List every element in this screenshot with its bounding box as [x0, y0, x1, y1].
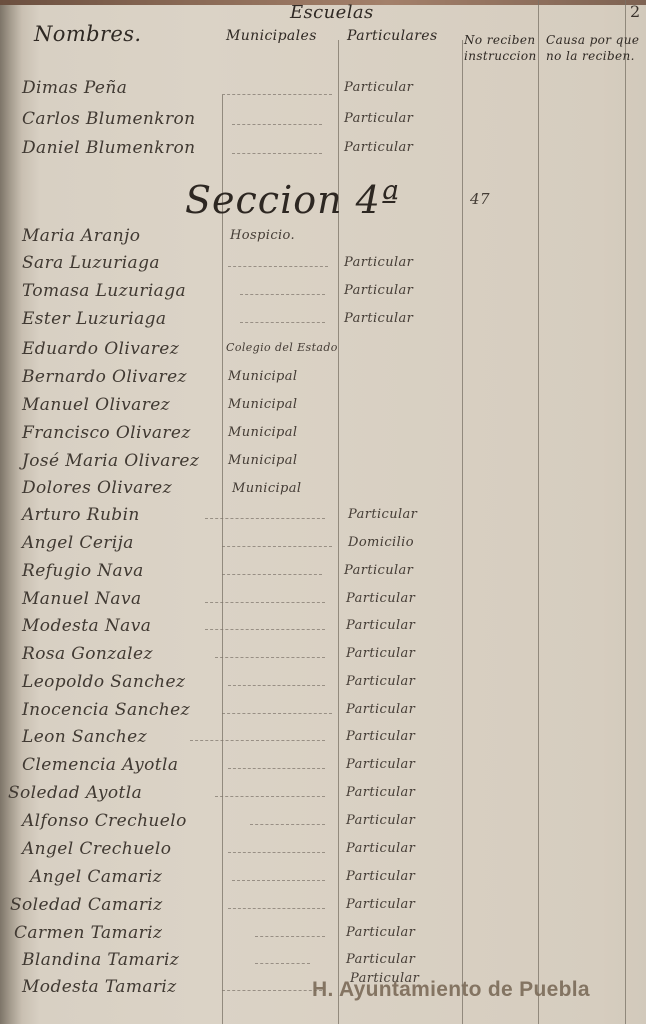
entry-name: Dimas Peña — [22, 78, 127, 98]
entry-name: Daniel Blumenkron — [22, 138, 195, 158]
entry-municipal: Municipal — [232, 481, 301, 496]
entry-name: Carmen Tamariz — [14, 923, 162, 943]
entry-name: Soledad Ayotla — [8, 783, 142, 803]
section-note-number: 47 — [470, 190, 490, 208]
dash-filler — [240, 294, 325, 296]
entry-name: Sara Luzuriaga — [22, 253, 160, 273]
entry-particular: Particular — [346, 952, 415, 967]
entry-municipal: Colegio del Estado — [226, 341, 338, 354]
entry-particular: Domicilio — [348, 535, 414, 550]
entry-name: Francisco Olivarez — [22, 423, 191, 443]
entry-name: Rosa Gonzalez — [22, 644, 153, 664]
entry-name: Tomasa Luzuriaga — [22, 281, 186, 301]
entry-name: Manuel Olivarez — [22, 395, 170, 415]
entry-particular: Particular — [346, 869, 415, 884]
entry-particular: Particular — [348, 507, 417, 522]
dash-filler — [232, 880, 325, 882]
entry-name: Inocencia Sanchez — [22, 700, 190, 720]
dash-filler — [255, 963, 310, 965]
entry-name: Eduardo Olivarez — [22, 339, 179, 359]
entry-particular: Particular — [346, 897, 415, 912]
dash-filler — [255, 936, 325, 938]
entry-name: Maria Aranjo — [22, 226, 140, 246]
entry-particular: Particular — [344, 311, 413, 326]
entry-name: Alfonso Crechuelo — [22, 811, 187, 831]
ledger-page: 2 Escuelas Nombres. Municipales Particul… — [0, 0, 646, 1024]
entry-name: Blandina Tamariz — [22, 950, 179, 970]
dash-filler — [205, 518, 325, 520]
dash-filler — [190, 740, 325, 742]
dash-filler — [228, 685, 325, 687]
entry-municipal: Municipal — [228, 397, 297, 412]
entry-name: Carlos Blumenkron — [22, 109, 196, 129]
entry-name: Modesta Nava — [22, 616, 151, 636]
entry-municipal: Municipal — [228, 425, 297, 440]
entry-particular: Particular — [344, 255, 413, 270]
entry-particular: Particular — [344, 563, 413, 578]
dash-filler — [232, 153, 322, 155]
dash-filler — [228, 266, 328, 268]
watermark: H. Ayuntamiento de Puebla — [312, 978, 590, 1002]
entry-particular: Particular — [344, 111, 413, 126]
header-nombres: Nombres. — [34, 22, 142, 46]
entry-name: Arturo Rubin — [22, 505, 140, 525]
column-rule-no-reciben — [538, 0, 539, 1024]
entry-particular: Particular — [344, 140, 413, 155]
column-rule-causa — [625, 0, 626, 1024]
dash-filler — [205, 629, 325, 631]
dash-filler — [222, 574, 322, 576]
entry-particular: Particular — [346, 618, 415, 633]
entry-name: Refugio Nava — [22, 561, 144, 581]
entry-name: Angel Camariz — [30, 867, 162, 887]
entry-name: Leopoldo Sanchez — [22, 672, 185, 692]
entry-municipal: Municipal — [228, 369, 297, 384]
dash-filler — [250, 824, 325, 826]
entry-municipal: Hospicio. — [230, 228, 295, 243]
entry-name: Bernardo Olivarez — [22, 367, 187, 387]
entry-particular: Particular — [346, 841, 415, 856]
entry-name: Angel Cerija — [22, 533, 134, 553]
header-escuelas: Escuelas — [290, 2, 374, 23]
header-municipales: Municipales — [226, 28, 317, 44]
entry-name: José Maria Olivarez — [22, 451, 199, 471]
entry-particular: Particular — [346, 591, 415, 606]
dash-filler — [205, 602, 325, 604]
entry-name: Ester Luzuriaga — [22, 309, 166, 329]
dash-filler — [215, 657, 325, 659]
dash-filler — [228, 908, 325, 910]
entry-municipal: Municipal — [228, 453, 297, 468]
entry-particular: Particular — [344, 283, 413, 298]
dash-filler — [215, 796, 325, 798]
entry-particular: Particular — [346, 646, 415, 661]
entry-particular: Particular — [344, 80, 413, 95]
section-title: Seccion 4ª — [185, 178, 400, 222]
column-rule-names — [222, 95, 223, 1024]
dash-filler — [222, 990, 322, 992]
page-number: 2 — [630, 2, 640, 21]
header-no-reciben: No reciben instruccion — [464, 32, 536, 64]
entry-name: Leon Sanchez — [22, 727, 147, 747]
header-particulares: Particulares — [347, 28, 438, 44]
entry-name: Dolores Olivarez — [22, 478, 172, 498]
entry-particular: Particular — [346, 925, 415, 940]
dash-filler — [228, 852, 325, 854]
dash-filler — [222, 546, 332, 548]
column-rule-particular — [462, 40, 463, 1024]
entry-name: Manuel Nava — [22, 589, 142, 609]
dash-filler — [228, 768, 325, 770]
entry-particular: Particular — [346, 674, 415, 689]
entry-particular: Particular — [346, 813, 415, 828]
entry-name: Soledad Camariz — [10, 895, 163, 915]
dash-filler — [222, 713, 332, 715]
entry-particular: Particular — [346, 702, 415, 717]
header-causa: Causa por que no la reciben. — [546, 32, 646, 64]
entry-name: Angel Crechuelo — [22, 839, 171, 859]
entry-name: Modesta Tamariz — [22, 977, 177, 997]
dash-filler — [222, 94, 332, 96]
entry-name: Clemencia Ayotla — [22, 755, 178, 775]
entry-particular: Particular — [346, 757, 415, 772]
entry-particular: Particular — [346, 729, 415, 744]
dash-filler — [232, 124, 322, 126]
dash-filler — [240, 322, 325, 324]
entry-particular: Particular — [346, 785, 415, 800]
